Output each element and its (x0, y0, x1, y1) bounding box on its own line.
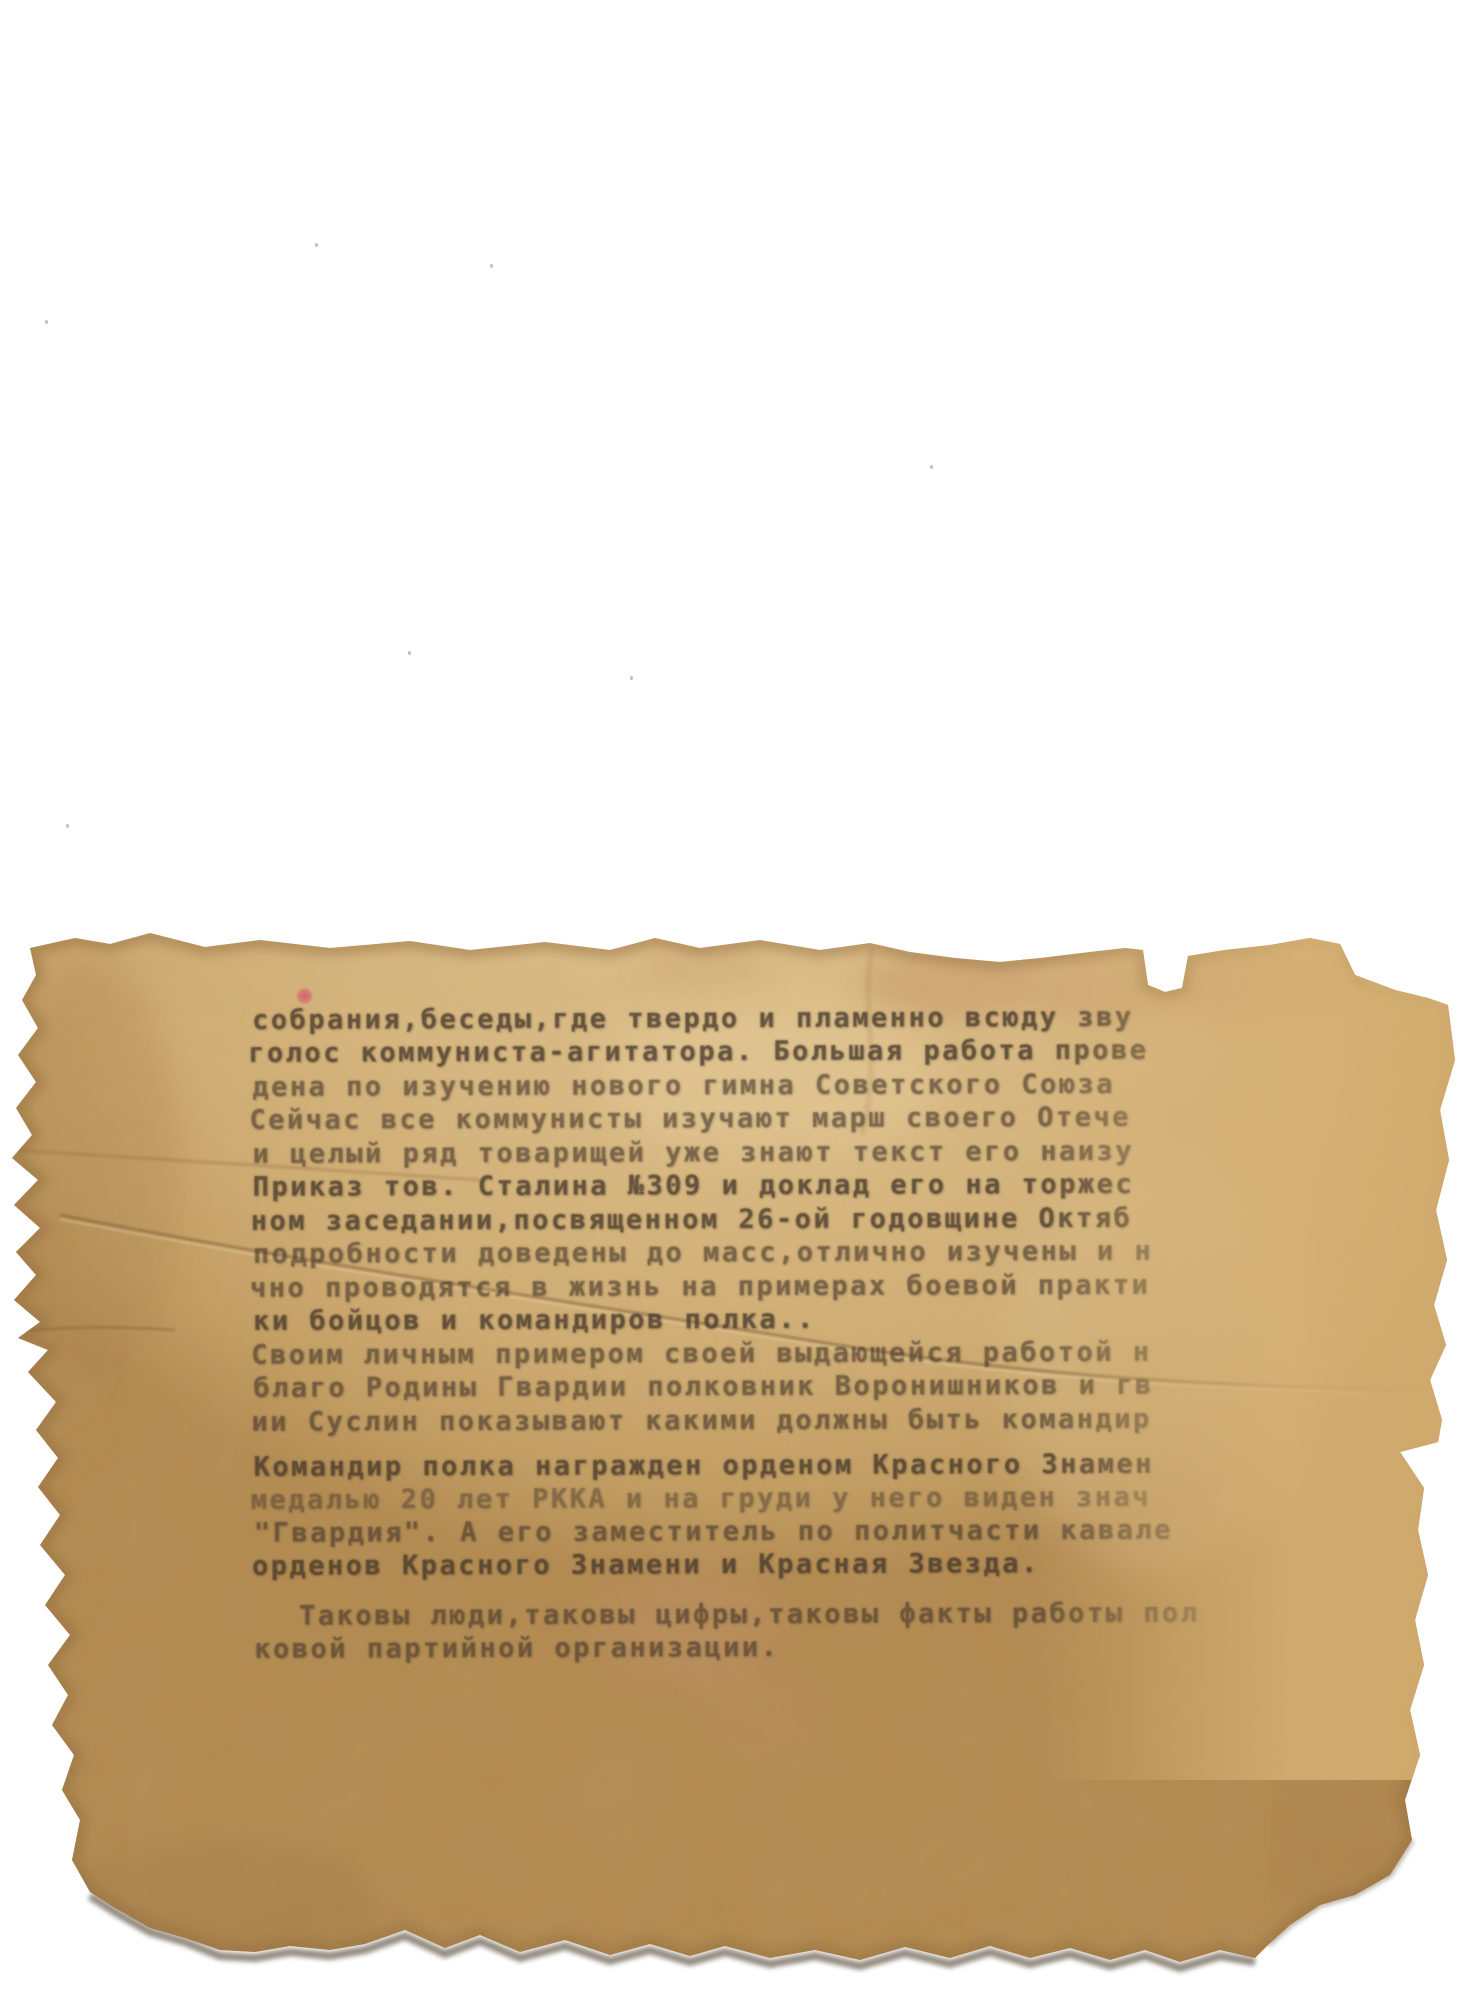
typewritten-line: ковой партийной организации. (254, 1632, 779, 1665)
typewritten-line: Сейчас все коммунисты изучают марш своег… (249, 1102, 1131, 1136)
typewritten-line: Командир полка награжден орденом Красног… (254, 1449, 1154, 1483)
typewritten-line: голос коммуниста-агитатора. Большая рабо… (248, 1035, 1148, 1069)
typewritten-line: подробности доведены до масс,отлично изу… (253, 1236, 1153, 1270)
typewritten-line: собрания,беседы,где твердо и пламенно вс… (252, 1002, 1134, 1036)
typewritten-line: чно проводятся в жизнь на примерах боево… (250, 1270, 1150, 1304)
typewritten-line: "Гвардия". А его заместитель по политчас… (254, 1514, 1173, 1548)
typewritten-line: дена по изучению нового гимна Советского… (252, 1069, 1115, 1103)
typewritten-line: ии Суслин показывают какими должны быть … (251, 1404, 1151, 1438)
typewritten-line: Приказ тов. Сталина №309 и доклад его на… (253, 1169, 1135, 1203)
typewritten-line: благо Родины Гвардии полковник Воронишни… (253, 1370, 1153, 1404)
typewritten-line: медалью 20 лет РККА и на груди у него ви… (251, 1482, 1151, 1516)
ink-fade-overlay (1040, 930, 1460, 1780)
typewritten-line: ки бойцов и командиров полка.. (253, 1304, 816, 1337)
typewritten-line: и целый ряд товарищей уже знают текст ег… (252, 1136, 1134, 1170)
typewritten-line: Своим личным примером своей выдающейся р… (251, 1337, 1151, 1371)
typewritten-line: ном заседании,посвященном 26-ой годовщин… (251, 1203, 1133, 1237)
scanner-bed: собрания,беседы,где твердо и пламенно вс… (0, 0, 1469, 1999)
typewritten-line: орденов Красного Знамени и Красная Звезд… (252, 1548, 1040, 1582)
